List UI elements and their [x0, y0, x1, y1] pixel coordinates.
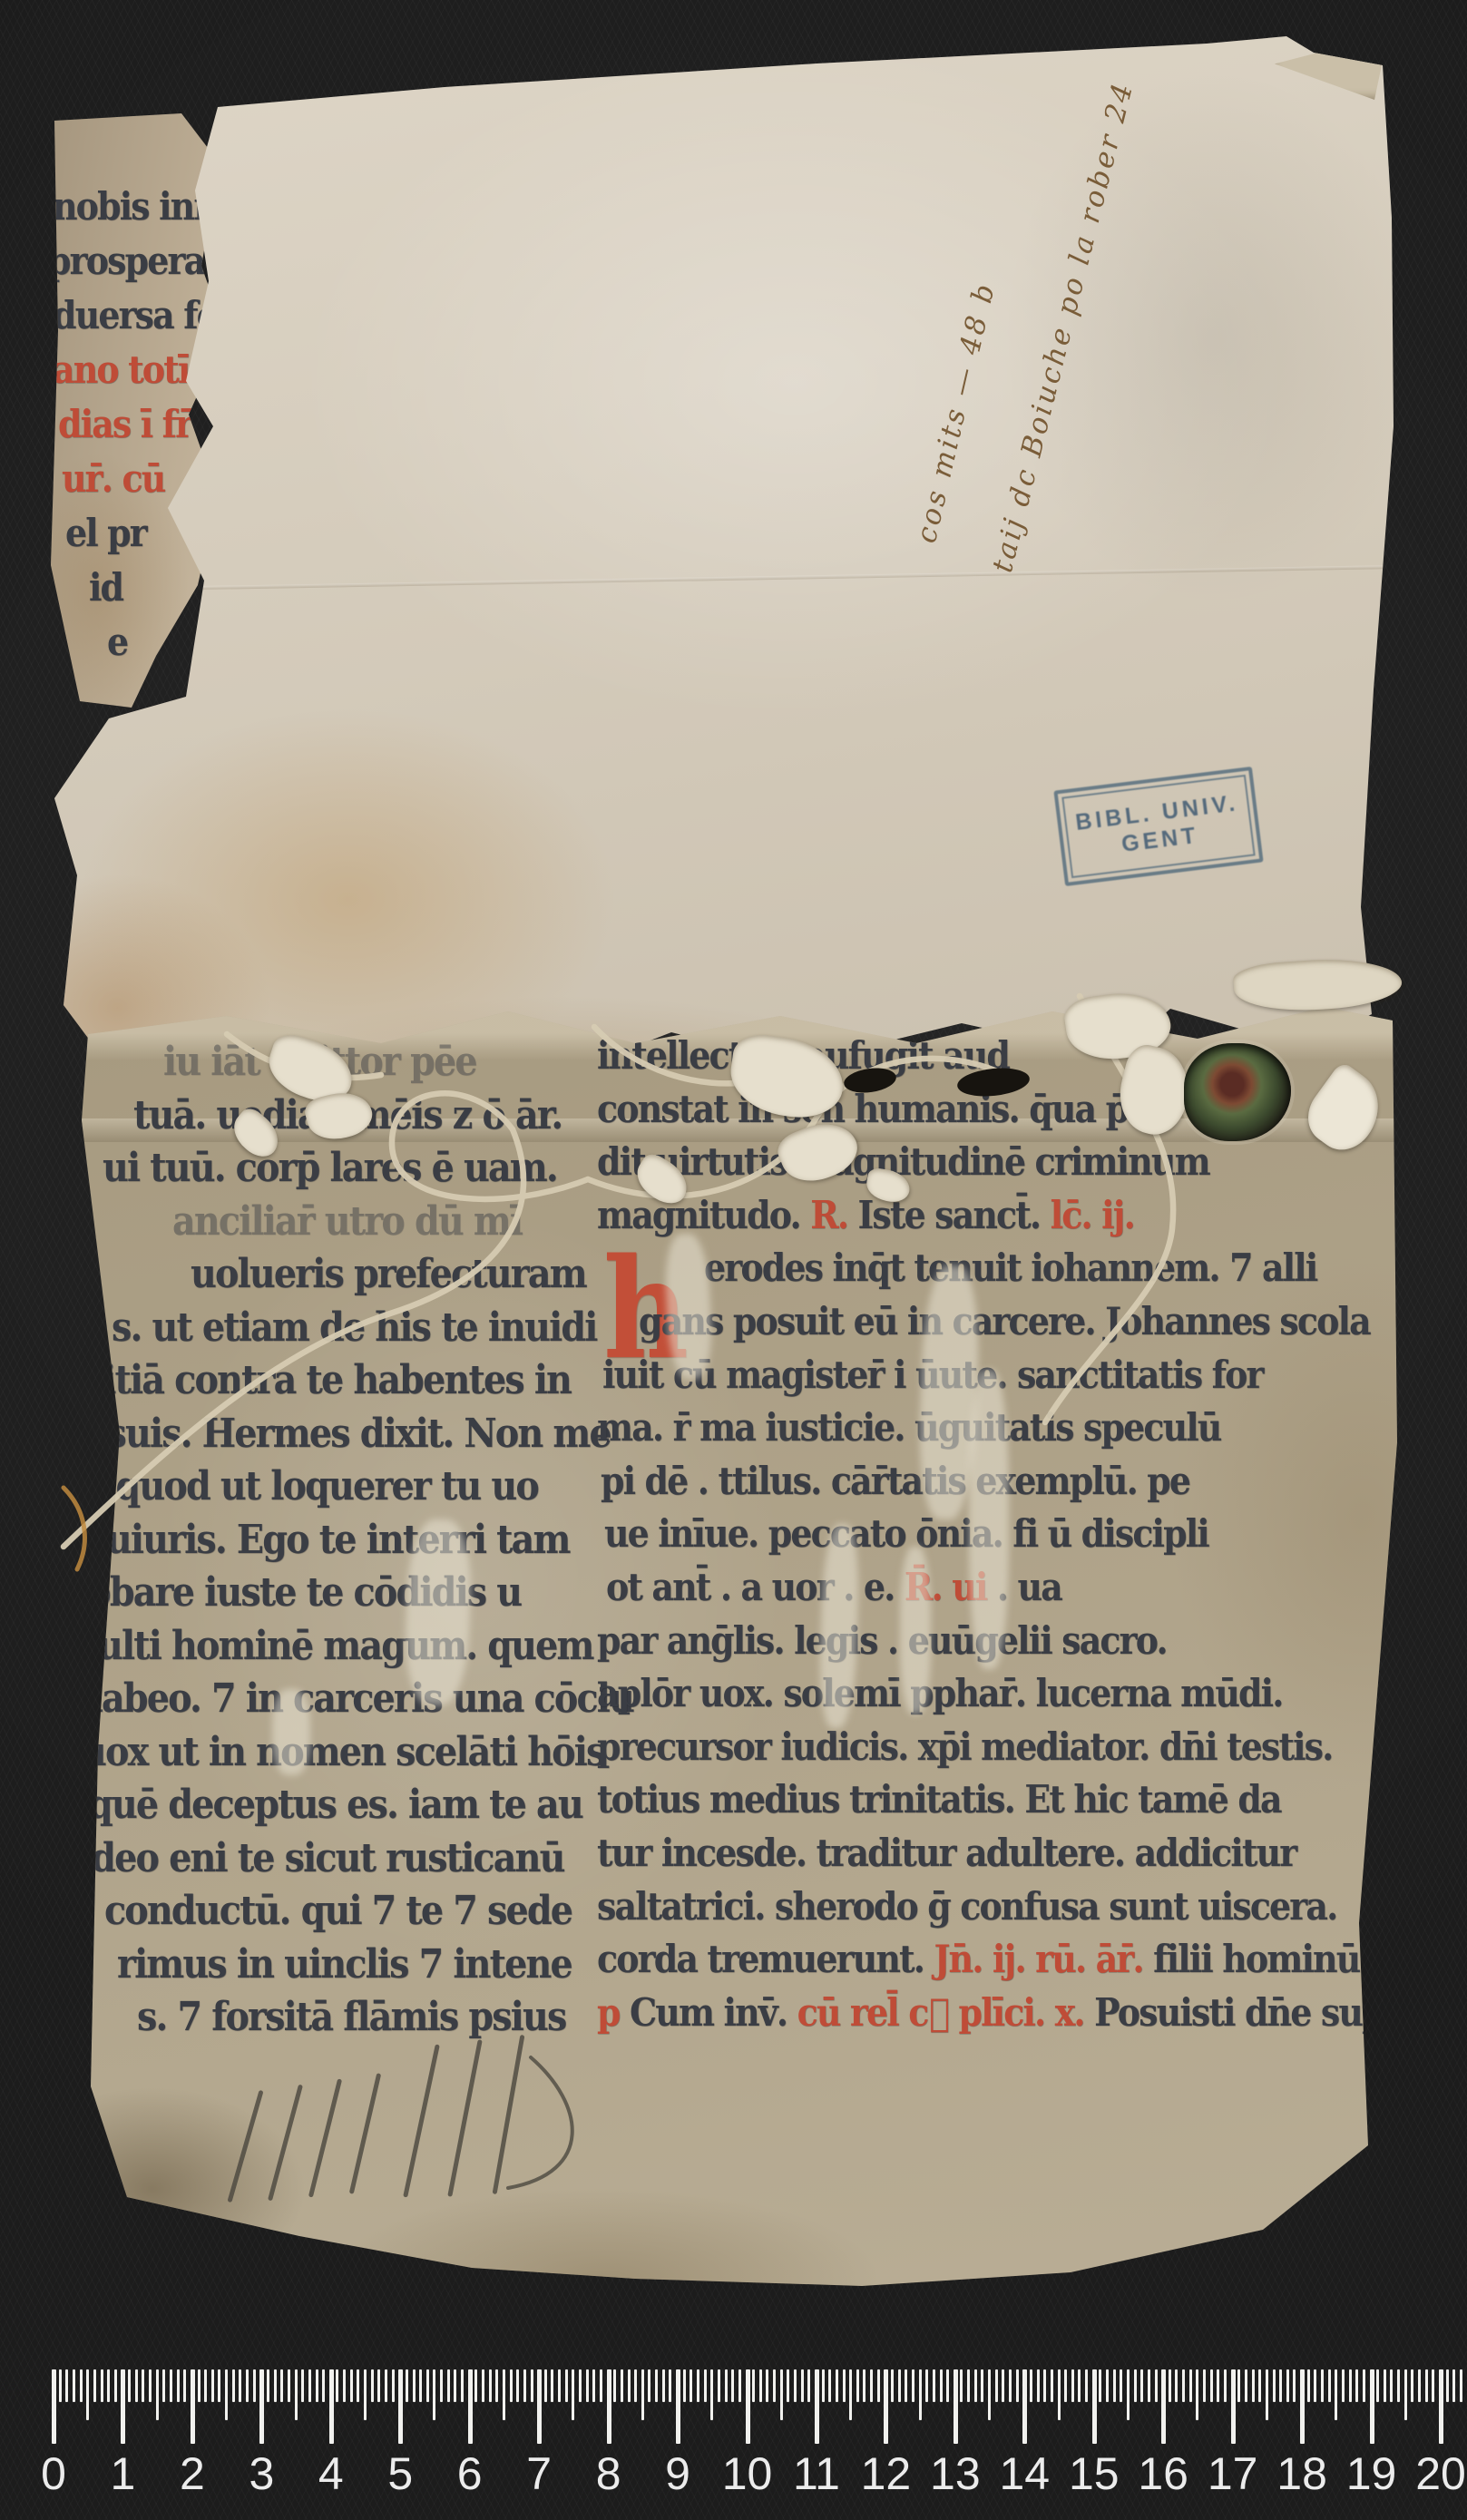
- ruler-tick: [1155, 2369, 1158, 2402]
- manuscript-text-line: ue inīue. peccato ōnia. fi ū discipli: [604, 1511, 1208, 1556]
- ruler-tick: [177, 2369, 180, 2402]
- ruler-tick: [579, 2369, 582, 2402]
- manuscript-text-line: erodes inq̄t tenuit iohannem. 7 alli: [704, 1245, 1316, 1290]
- manuscript-text-line: dias ī fr̄: [58, 402, 191, 446]
- ruler-tick: [156, 2369, 159, 2420]
- ruler-tick: [364, 2369, 367, 2420]
- ruler-tick: [1342, 2369, 1345, 2402]
- ruler-number: 20: [1415, 2447, 1466, 2500]
- ruler-number: 9: [665, 2447, 690, 2500]
- manuscript-text-line: quē deceptus es. iam te au: [88, 1782, 582, 1828]
- ruler-tick: [1071, 2369, 1074, 2402]
- ruler-tick: [1404, 2369, 1407, 2420]
- ruler-tick: [676, 2369, 680, 2444]
- ruler-tick: [912, 2369, 914, 2402]
- ruler-tick: [731, 2369, 734, 2402]
- ruler-tick: [544, 2369, 547, 2402]
- ruler-tick: [856, 2369, 859, 2402]
- manuscript-text-segment: ui tuū. corp̄ lares ē uam.: [103, 1145, 557, 1191]
- manuscript-upper-leaf: taij dc Boiuche po la rober 24 cos mits …: [50, 34, 1403, 1116]
- manuscript-text-segment: habeo. 7 in carceris una cōclu: [77, 1675, 633, 1722]
- ruler-tick: [1169, 2369, 1171, 2402]
- ruler-tick: [433, 2369, 435, 2420]
- ruler-number: 1: [111, 2447, 136, 2500]
- ruler-tick: [662, 2369, 665, 2402]
- ruler-tick: [183, 2369, 186, 2402]
- ruler-tick: [101, 2369, 103, 2402]
- ruler-tick: [482, 2369, 484, 2402]
- ruler-tick: [1314, 2369, 1316, 2402]
- manuscript-text-segment: s. ut etiam de his te inuidi: [112, 1304, 596, 1351]
- ruler-tick: [655, 2369, 658, 2402]
- parchment-fold-corner: [1275, 34, 1388, 100]
- ruler-number: 6: [457, 2447, 483, 2500]
- ruler-tick: [413, 2369, 416, 2402]
- ruler-tick: [516, 2369, 519, 2402]
- manuscript-text-segment: aplōr uox. solemī pphar̄. lucerna mūdi.: [597, 1671, 1283, 1715]
- manuscript-text-segment: corda tremuerunt.: [597, 1937, 934, 1981]
- ruler-tick: [357, 2369, 359, 2402]
- ruler-tick: [1051, 2369, 1053, 2402]
- manuscript-text-segment: ur̄. cū: [62, 456, 164, 501]
- ruler-tick: [689, 2369, 692, 2402]
- manuscript-text-segment: uolueris prefecturam: [191, 1251, 586, 1297]
- ruler-tick: [974, 2369, 977, 2402]
- ruler-tick: [447, 2369, 450, 2402]
- ruler-number: 18: [1276, 2447, 1327, 2500]
- ruler-tick: [925, 2369, 928, 2402]
- ruler-tick: [537, 2369, 542, 2444]
- ruler-tick: [1106, 2369, 1109, 2402]
- ruler-tick: [495, 2369, 498, 2402]
- manuscript-text-segment: Cum inv̄.: [630, 1990, 797, 2035]
- manuscript-text-line: uox ut in nomen scelāti hōis: [81, 1729, 605, 1775]
- ruler-tick: [815, 2369, 819, 2444]
- ruler-tick: [836, 2369, 838, 2402]
- ruler-tick: [204, 2369, 207, 2402]
- manuscript-text-segment: Jn̄. ij. rū. ār̄.: [934, 1937, 1153, 1981]
- ruler-tick: [1016, 2369, 1019, 2402]
- ruler-tick: [1363, 2369, 1365, 2402]
- ruler-tick: [1237, 2369, 1240, 2402]
- ruler-tick: [863, 2369, 866, 2402]
- parchment-crease: [59, 565, 1384, 591]
- ruler-tick: [232, 2369, 235, 2402]
- ruler-tick: [801, 2369, 804, 2402]
- ruler-tick: [377, 2369, 380, 2402]
- ruler-tick: [697, 2369, 699, 2402]
- manuscript-text-line: tur incesde. traditur adultere. addicitu…: [597, 1831, 1296, 1875]
- ruler-tick: [1460, 2369, 1462, 2402]
- ruler-tick: [704, 2369, 707, 2402]
- ruler-tick: [114, 2369, 117, 2402]
- manuscript-text-segment: conductū. qui 7 te 7 sede: [104, 1888, 572, 1934]
- ruler-tick: [551, 2369, 553, 2402]
- ruler-tick: [1439, 2369, 1443, 2444]
- ruler-tick: [738, 2369, 741, 2402]
- manuscript-text-segment: tur incesde. traditur adultere. addicitu…: [597, 1831, 1296, 1875]
- ruler-tick: [170, 2369, 172, 2402]
- ruler-tick: [586, 2369, 589, 2402]
- ruler-tick: [849, 2369, 852, 2420]
- ruler-tick: [1418, 2369, 1421, 2402]
- ruler-tick: [1335, 2369, 1337, 2420]
- manuscript-text-line: t. quod ut loquerer tu uo: [79, 1463, 538, 1509]
- ruler-tick: [988, 2369, 991, 2420]
- manuscript-text-line: gans posuit eū in carcere. Johannes scol…: [639, 1299, 1370, 1343]
- ruler-tick: [1009, 2369, 1012, 2402]
- manuscript-text-segment: uox ut in nomen scelāti hōis: [81, 1729, 605, 1775]
- manuscript-text-segment: cū rel̄ c᷑ plīci. x.: [797, 1990, 1095, 2035]
- ruler-tick: [780, 2369, 783, 2420]
- residue-streak: [969, 1370, 1009, 1669]
- manuscript-text-segment: rimus in uinclis 7 intene: [117, 1941, 572, 1988]
- ruler-tick: [1452, 2369, 1455, 2402]
- manuscript-text-line: citiā contra te habentes in: [83, 1357, 571, 1403]
- ruler-tick: [807, 2369, 810, 2402]
- ruler-tick: [592, 2369, 595, 2402]
- ruler-tick: [718, 2369, 720, 2402]
- manuscript-text-segment: citiā contra te habentes in: [83, 1357, 571, 1403]
- ruler-tick: [1252, 2369, 1255, 2402]
- manuscript-text-segment: t. quod ut loquerer tu uo: [79, 1463, 538, 1509]
- manuscript-text-line: precursor iudicis. xp̄i mediator. dn̄i t…: [597, 1724, 1333, 1769]
- ruler-tick: [246, 2369, 249, 2402]
- ruler-tick: [954, 2369, 958, 2444]
- ruler-tick: [59, 2369, 62, 2402]
- ruler-tick: [877, 2369, 880, 2402]
- ruler-tick: [419, 2369, 422, 2402]
- ruler-tick: [1349, 2369, 1352, 2402]
- manuscript-text-segment: anciliar̄ utro dū mī: [172, 1198, 522, 1245]
- ruler-tick: [336, 2369, 338, 2402]
- ruler-tick: [426, 2369, 429, 2402]
- manuscript-text-line: par anḡlis. legis . euūgelii sacro.: [597, 1618, 1167, 1663]
- manuscript-text-line: e: [107, 620, 127, 664]
- ruler-tick: [572, 2369, 574, 2420]
- ruler-tick: [828, 2369, 831, 2402]
- ruler-tick: [1425, 2369, 1428, 2402]
- ruler-tick: [135, 2369, 138, 2402]
- ruler-tick: [710, 2369, 713, 2420]
- ruler-tick: [1099, 2369, 1101, 2402]
- ruler-tick: [329, 2369, 334, 2444]
- ruler-number: 13: [930, 2447, 981, 2500]
- ruler-tick: [343, 2369, 346, 2402]
- ruler-tick: [1384, 2369, 1386, 2402]
- ruler-tick: [73, 2369, 75, 2402]
- manuscript-text-segment: par anḡlis. legis . euūgelii sacro.: [597, 1618, 1167, 1663]
- manuscript-text-line: ur̄. cū: [62, 456, 164, 501]
- ruler-tick: [1279, 2369, 1282, 2402]
- manuscript-text-segment: e: [107, 620, 127, 664]
- ruler-tick: [967, 2369, 970, 2402]
- ruler-number: 4: [318, 2447, 344, 2500]
- ruler-tick: [822, 2369, 825, 2402]
- residue-streak: [272, 1689, 310, 1775]
- ruler-tick: [1078, 2369, 1081, 2402]
- ruler-tick: [565, 2369, 568, 2402]
- manuscript-text-segment: ma. r̄ ma iusticie. ūguitatis speculū: [597, 1405, 1221, 1450]
- manuscript-text-segment: s suis. Hermes dixit. Non me: [77, 1411, 611, 1457]
- ruler-tick: [440, 2369, 443, 2402]
- ruler-tick: [1058, 2369, 1061, 2420]
- manuscript-text-line: ma. r̄ ma iusticie. ūguitatis speculū: [597, 1405, 1221, 1450]
- ruler-tick: [1266, 2369, 1268, 2420]
- ruler-tick: [628, 2369, 631, 2402]
- ruler-tick: [1307, 2369, 1310, 2402]
- manuscript-text-line: anciliar̄ utro dū mī: [172, 1198, 522, 1245]
- ruler-tick: [149, 2369, 152, 2402]
- ruler-tick: [385, 2369, 387, 2402]
- ruler-tick: [669, 2369, 671, 2402]
- manuscript-text-segment: lc̄. ij.: [1051, 1193, 1134, 1237]
- ruler-tick: [891, 2369, 894, 2402]
- ruler-tick: [1127, 2369, 1130, 2420]
- ruler-tick: [1224, 2369, 1227, 2402]
- ruler-tick: [316, 2369, 318, 2402]
- ruler-tick: [621, 2369, 623, 2402]
- ruler-tick: [406, 2369, 408, 2402]
- ruler-tick: [946, 2369, 949, 2402]
- manuscript-text-line: s. 7 forsitā flāmis psius: [137, 1994, 565, 2040]
- ruler-number: 17: [1208, 2447, 1258, 2500]
- manuscript-text-line: aplōr uox. solemī pphar̄. lucerna mūdi.: [597, 1671, 1283, 1715]
- ruler-tick: [1037, 2369, 1040, 2402]
- ruler-tick: [1300, 2369, 1305, 2444]
- manuscript-text-segment: precursor iudicis. xp̄i mediator. dn̄i t…: [597, 1724, 1333, 1769]
- ruler-tick: [1002, 2369, 1004, 2402]
- ruler-tick: [981, 2369, 983, 2402]
- ruler-tick: [884, 2369, 888, 2444]
- manuscript-text-line: conductū. qui 7 te 7 sede: [104, 1888, 572, 1934]
- ruler-tick: [1286, 2369, 1289, 2402]
- ruler-tick: [93, 2369, 96, 2402]
- ruler-tick: [905, 2369, 907, 2402]
- ruler-tick: [510, 2369, 513, 2402]
- ruler-tick: [870, 2369, 873, 2402]
- manuscript-text-segment: ot ant̄ . a uor . e.: [606, 1565, 905, 1609]
- manuscript-text-segment: constat in sen̄ humanis. q̄ua p̄: [597, 1087, 1128, 1131]
- ruler-tick: [239, 2369, 241, 2402]
- ruler-tick: [267, 2369, 269, 2402]
- manuscript-text-segment: totius medius trinitatis. Et hic tamē da: [597, 1777, 1281, 1822]
- ruler-tick: [253, 2369, 256, 2402]
- ruler-tick: [648, 2369, 650, 2402]
- manuscript-text-line: constat in sen̄ humanis. q̄ua p̄: [597, 1087, 1128, 1131]
- ruler-tick: [80, 2369, 83, 2402]
- ruler-tick: [295, 2369, 298, 2420]
- ruler-tick: [308, 2369, 311, 2402]
- ruler-tick: [1120, 2369, 1122, 2402]
- manuscript-text-line: ideo eni te sicut rusticanū: [79, 1835, 564, 1881]
- ruler-tick: [558, 2369, 561, 2402]
- ruler-tick: [940, 2369, 943, 2402]
- ruler-tick: [613, 2369, 616, 2402]
- manuscript-lower-fragment: h iu iāt dilittor pēetuā. uediad mēis z …: [73, 1002, 1402, 2292]
- manuscript-text-segment: ideo eni te sicut rusticanū: [79, 1835, 564, 1881]
- ruler-tick: [1043, 2369, 1046, 2402]
- manuscript-text-line: pi dē . ttilus. cār̄tatis exemplū. pe: [601, 1459, 1189, 1503]
- ruler-tick: [1397, 2369, 1400, 2402]
- ruler-tick: [1140, 2369, 1143, 2402]
- ruler-tick: [454, 2369, 456, 2402]
- shelfmark-inscription-line: taij dc Boiuche po la rober 24: [986, 78, 1140, 576]
- ruler-tick: [725, 2369, 728, 2402]
- ruler-tick: [1134, 2369, 1137, 2402]
- manuscript-text-line: saltatrici. sherodo ḡ confusa sunt uisce…: [597, 1884, 1336, 1929]
- manuscript-text-segment: magnitudo.: [597, 1193, 810, 1237]
- ruler-number: 2: [180, 2447, 205, 2500]
- ruler-tick: [371, 2369, 374, 2402]
- manuscript-text-line: quiuris. Ego te interri tam: [83, 1517, 570, 1563]
- manuscript-text-segment: Posuisti dn̄e sup o. e.: [1094, 1990, 1466, 2035]
- ruler-tick: [1148, 2369, 1150, 2402]
- ruler-tick: [142, 2369, 144, 2402]
- ruler-tick: [1370, 2369, 1374, 2444]
- ruler-tick: [1293, 2369, 1296, 2402]
- manuscript-text-segment: gans posuit eū in carcere. Johannes scol…: [639, 1299, 1370, 1343]
- manuscript-text-segment: s. 7 forsitā flāmis psius: [137, 1994, 565, 2040]
- ruler-tick: [759, 2369, 762, 2402]
- ruler-tick: [1258, 2369, 1261, 2402]
- ruler-tick: [468, 2369, 473, 2444]
- ruler-tick: [919, 2369, 922, 2420]
- manuscript-text-line: s. ut etiam de his te inuidi: [112, 1304, 596, 1351]
- ruler-tick: [641, 2369, 644, 2420]
- ruler-tick: [1376, 2369, 1379, 2402]
- ruler-tick: [794, 2369, 797, 2402]
- ruler-tick: [211, 2369, 214, 2402]
- ruler-tick: [350, 2369, 353, 2402]
- manuscript-text-line: uolueris prefecturam: [191, 1251, 586, 1297]
- ruler-tick: [301, 2369, 304, 2402]
- manuscript-text-segment: p: [597, 1990, 630, 2035]
- ruler-number: 5: [387, 2447, 413, 2500]
- manuscript-text-line: corda tremuerunt. Jn̄. ij. rū. ār̄. fili…: [597, 1937, 1359, 1981]
- shelfmark-inscription-line: cos mits — 48 b: [910, 278, 1002, 546]
- ruler-tick: [274, 2369, 277, 2402]
- ruler-tick: [398, 2369, 403, 2444]
- manuscript-text-line: id: [89, 565, 122, 610]
- library-stamp: BIBL. UNIV. GENT: [1053, 767, 1263, 886]
- ruler-tick: [322, 2369, 325, 2402]
- ruler-tick: [1446, 2369, 1449, 2402]
- ruler-tick: [752, 2369, 755, 2402]
- ruler-tick: [1196, 2369, 1198, 2420]
- ruler-tick: [1064, 2369, 1067, 2402]
- ruler-tick: [843, 2369, 846, 2402]
- ruler-tick: [1182, 2369, 1185, 2402]
- manuscript-text-segment: quē deceptus es. iam te au: [88, 1782, 582, 1828]
- manuscript-text-line: el pr: [65, 511, 146, 555]
- ruler-tick: [995, 2369, 998, 2402]
- ruler-tick: [1328, 2369, 1331, 2402]
- ruler-number: 15: [1069, 2447, 1120, 2500]
- ruler-tick: [1022, 2369, 1027, 2444]
- ruler-tick: [288, 2369, 290, 2402]
- ruler-tick: [746, 2369, 750, 2444]
- stamp-frame: BIBL. UNIV. GENT: [1061, 775, 1255, 878]
- residue-streak: [900, 1547, 931, 1714]
- ruler-tick: [280, 2369, 283, 2402]
- ruler-tick: [1355, 2369, 1358, 2402]
- ruler-tick: [474, 2369, 477, 2402]
- ruler-tick: [898, 2369, 901, 2402]
- manuscript-text-segment: el pr: [65, 511, 146, 555]
- ruler-tick: [1092, 2369, 1097, 2444]
- ruler-tick: [1231, 2369, 1236, 2444]
- ruler-tick: [1432, 2369, 1434, 2402]
- ruler-tick: [107, 2369, 110, 2402]
- manuscript-text-segment: id: [89, 565, 122, 610]
- manuscript-text-line: habeo. 7 in carceris una cōclu: [77, 1675, 633, 1722]
- ruler-tick: [1161, 2369, 1166, 2444]
- manuscript-text-line: p Cum inv̄. cū rel̄ c᷑ plīci. x. Posuist…: [597, 1990, 1466, 2035]
- ruler-number: 16: [1138, 2447, 1188, 2500]
- ruler-tick: [198, 2369, 200, 2402]
- ruler-tick: [1273, 2369, 1276, 2402]
- ruler-tick: [461, 2369, 464, 2402]
- ruler-tick: [1085, 2369, 1088, 2402]
- ruler: 01234567891011121314151617181920: [0, 2357, 1467, 2520]
- ruler-number: 12: [861, 2447, 912, 2500]
- ruler-tick: [683, 2369, 686, 2402]
- manuscript-text-segment: ulti hominē magum. quem: [97, 1623, 593, 1669]
- manuscript-text-segment: saltatrici. sherodo ḡ confusa sunt uisce…: [597, 1884, 1336, 1929]
- manuscript-text-segment: pi dē . ttilus. cār̄tatis exemplū. pe: [601, 1459, 1189, 1503]
- manuscript-text-line: ui tuū. corp̄ lares ē uam.: [103, 1145, 557, 1191]
- ruler-number: 10: [722, 2447, 773, 2500]
- ruler-number: 0: [41, 2447, 66, 2500]
- ruler-number: 19: [1346, 2447, 1397, 2500]
- ruler-tick: [86, 2369, 89, 2420]
- ruler-tick: [960, 2369, 963, 2402]
- ruler-number: 8: [596, 2447, 621, 2500]
- ruler-number: 14: [999, 2447, 1050, 2500]
- ruler-tick: [773, 2369, 776, 2402]
- manuscript-text-line: ulti hominē magum. quem: [97, 1623, 593, 1669]
- manuscript-text-segment: filii hominū: [1153, 1937, 1359, 1981]
- ruler-tick: [1217, 2369, 1219, 2402]
- ruler-tick: [787, 2369, 789, 2402]
- ruler-tick: [1175, 2369, 1178, 2402]
- ruler-tick: [121, 2369, 125, 2444]
- ruler-number: 11: [793, 2447, 840, 2500]
- photo-frame: nobis iniuprospera nuduersa forano totīd…: [0, 0, 1467, 2520]
- ruler-tick: [1411, 2369, 1413, 2402]
- manuscript-text-segment: ue inīue. peccato ōnia. fi ū discipli: [604, 1511, 1208, 1556]
- ruler-tick: [634, 2369, 637, 2402]
- ruler-tick: [503, 2369, 505, 2420]
- ruler-tick: [1390, 2369, 1393, 2402]
- manuscript-text-line: totius medius trinitatis. Et hic tamē da: [597, 1777, 1281, 1822]
- ruler-tick: [392, 2369, 395, 2402]
- ruler-tick: [600, 2369, 602, 2402]
- ruler-tick: [1245, 2369, 1247, 2402]
- manuscript-text-segment: dias ī fr̄: [58, 402, 191, 446]
- ruler-tick: [489, 2369, 492, 2402]
- manuscript-text-segment: quiuris. Ego te interri tam: [83, 1517, 570, 1563]
- manuscript-text-segment: R.: [810, 1193, 857, 1237]
- ruler-number: 3: [249, 2447, 274, 2500]
- ruler-tick: [1321, 2369, 1324, 2402]
- ruler-tick: [1189, 2369, 1192, 2402]
- ruler-tick: [1203, 2369, 1206, 2402]
- ruler-tick: [191, 2369, 195, 2444]
- ruler-tick: [1113, 2369, 1116, 2402]
- ruler-tick: [607, 2369, 611, 2444]
